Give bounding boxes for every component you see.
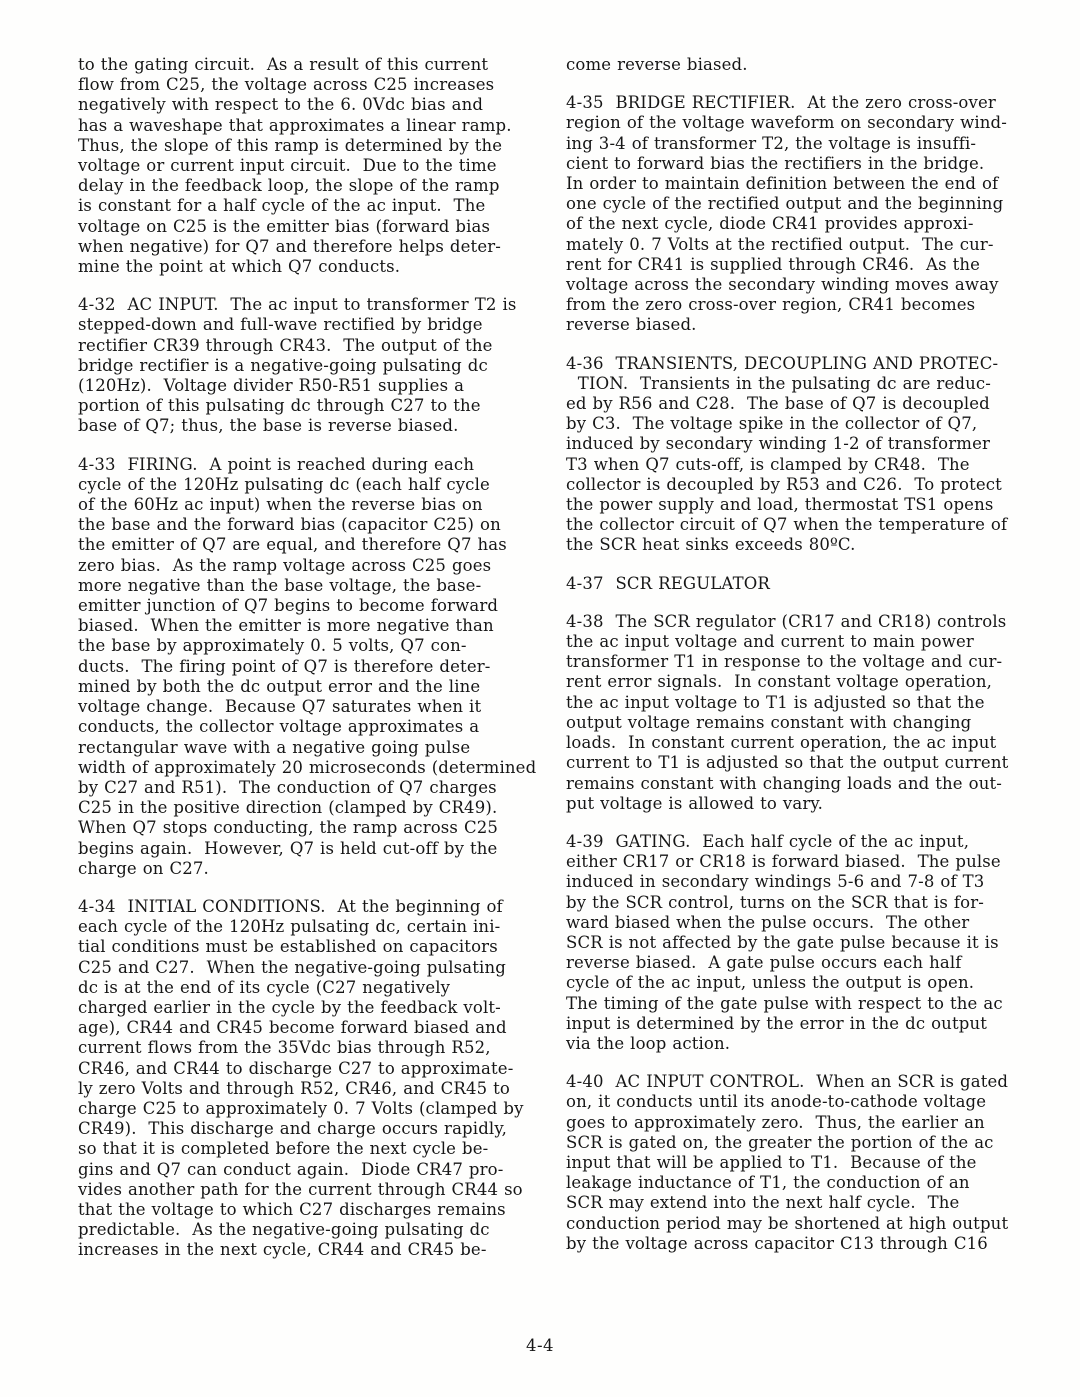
paragraph-gating-circuit-continuation: to the gating circuit. As a result of th… <box>78 55 564 277</box>
left-column: to the gating circuit. As a result of th… <box>78 55 564 1279</box>
paragraph-4-32-ac-input: 4-32 AC INPUT. The ac input to transform… <box>78 295 564 436</box>
paragraph-4-34-initial-conditions: 4-34 INITIAL CONDITIONS. At the beginnin… <box>78 897 564 1261</box>
paragraph-4-35-bridge-rectifier: 4-35 BRIDGE RECTIFIER. At the zero cross… <box>566 93 1052 335</box>
paragraph-4-38-scr-regulator: 4-38 The SCR regulator (CR17 and CR18) c… <box>566 612 1052 814</box>
page-number: 4-4 <box>0 1336 1080 1355</box>
paragraph-4-33-firing: 4-33 FIRING. A point is reached during e… <box>78 455 564 879</box>
paragraph-4-36-transients-decoupling-protection: 4-36 TRANSIENTS, DECOUPLING AND PROTEC- … <box>566 354 1052 556</box>
paragraph-4-39-gating: 4-39 GATING. Each half cycle of the ac i… <box>566 832 1052 1054</box>
paragraph-4-40-ac-input-control: 4-40 AC INPUT CONTROL. When an SCR is ga… <box>566 1072 1052 1254</box>
right-column: come reverse biased. 4-35 BRIDGE RECTIFI… <box>566 55 1052 1272</box>
paragraph-reverse-biased-continuation: come reverse biased. <box>566 55 1052 75</box>
heading-4-37-scr-regulator: 4-37 SCR REGULATOR <box>566 574 1052 594</box>
document-page: to the gating circuit. As a result of th… <box>0 0 1080 1397</box>
